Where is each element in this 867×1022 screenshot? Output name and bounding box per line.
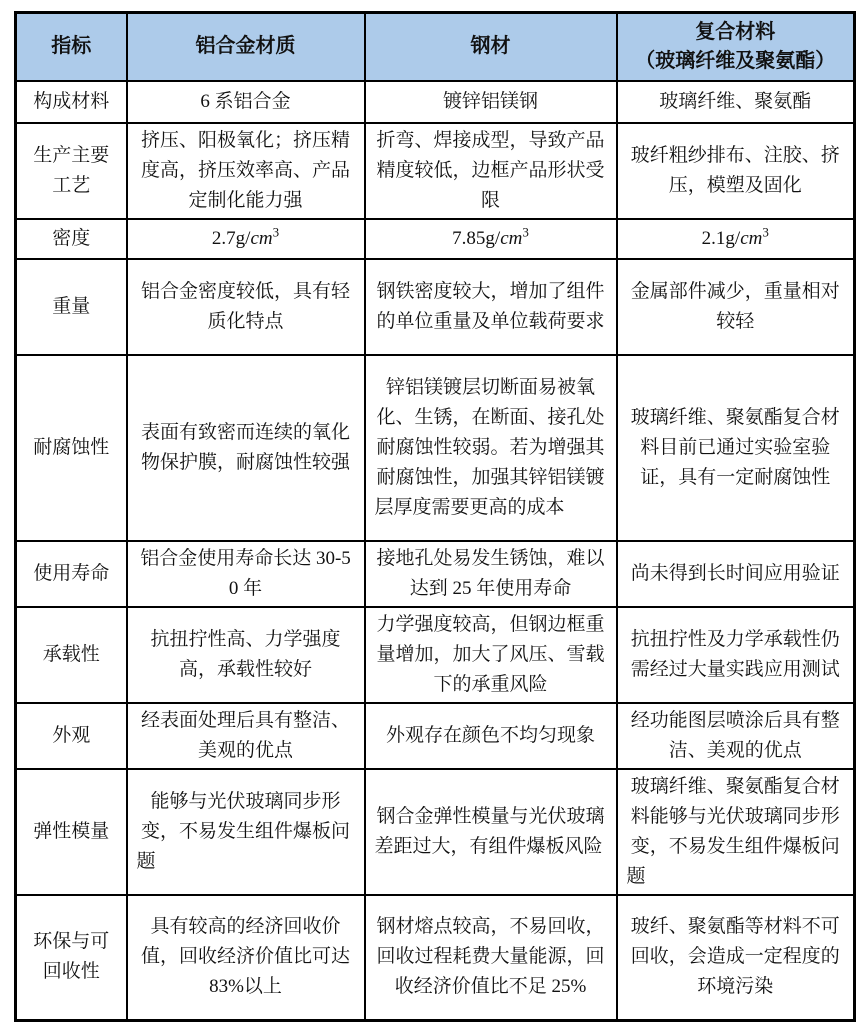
row-production-process: 生产主要工艺 挤压、阳极氧化；挤压精度高，挤压效率高、产品定制化能力强 折弯、焊… bbox=[16, 123, 855, 219]
cell-weight-composite: 金属部件减少，重量相对较轻 bbox=[617, 259, 855, 355]
cell-corrosion-steel: 锌铝镁镀层切断面易被氧化、生锈，在断面、接孔处耐腐蚀性较弱。若为增强其耐腐蚀性，… bbox=[365, 355, 617, 541]
row-corrosion-resistance: 耐腐蚀性 表面有致密而连续的氧化物保护膜，耐腐蚀性较强 锌铝镁镀层切断面易被氧化… bbox=[16, 355, 855, 541]
row-composition: 构成材料 6 系铝合金 镀锌铝镁钢 玻璃纤维、聚氨酯 bbox=[16, 81, 855, 123]
row-label: 环保与可回收性 bbox=[16, 895, 127, 1021]
cell-process-steel: 折弯、焊接成型，导致产品精度较低，边框产品形状受限 bbox=[365, 123, 617, 219]
row-service-life: 使用寿命 铝合金使用寿命长达 30-50 年 接地孔处易发生锈蚀，难以达到 25… bbox=[16, 541, 855, 607]
cell-weight-steel: 钢铁密度较大，增加了组件的单位重量及单位载荷要求 bbox=[365, 259, 617, 355]
cell-life-steel: 接地孔处易发生锈蚀，难以达到 25 年使用寿命 bbox=[365, 541, 617, 607]
row-label: 承载性 bbox=[16, 607, 127, 703]
header-cell-indicator: 指标 bbox=[16, 13, 127, 81]
page: 指标 铝合金材质 钢材 复合材料 （玻璃纤维及聚氨酯） 构成材料 6 系铝合金 … bbox=[0, 0, 867, 1022]
cell-density-steel: 7.85g/cm3 bbox=[365, 219, 617, 259]
header-cell-steel: 钢材 bbox=[365, 13, 617, 81]
row-load-bearing: 承载性 抗扭拧性高、力学强度高，承载性较好 力学强度较高，但钢边框重量增加，加大… bbox=[16, 607, 855, 703]
cell-load-aluminum: 抗扭拧性高、力学强度高，承载性较好 bbox=[127, 607, 365, 703]
cell-elastic-aluminum: 能够与光伏玻璃同步形变，不易发生组件爆板问题 bbox=[127, 769, 365, 895]
row-weight: 重量 铝合金密度较低，具有轻质化特点 钢铁密度较大，增加了组件的单位重量及单位载… bbox=[16, 259, 855, 355]
cell-process-aluminum: 挤压、阳极氧化；挤压精度高，挤压效率高、产品定制化能力强 bbox=[127, 123, 365, 219]
cell-life-composite: 尚未得到长时间应用验证 bbox=[617, 541, 855, 607]
row-label: 生产主要工艺 bbox=[16, 123, 127, 219]
cell-weight-aluminum: 铝合金密度较低，具有轻质化特点 bbox=[127, 259, 365, 355]
cell-load-composite: 抗扭拧性及力学承载性仍需经过大量实践应用测试 bbox=[617, 607, 855, 703]
header-cell-aluminum: 铝合金材质 bbox=[127, 13, 365, 81]
row-elastic-modulus: 弹性模量 能够与光伏玻璃同步形变，不易发生组件爆板问题 钢合金弹性模量与光伏玻璃… bbox=[16, 769, 855, 895]
row-label: 使用寿命 bbox=[16, 541, 127, 607]
cell-life-aluminum: 铝合金使用寿命长达 30-50 年 bbox=[127, 541, 365, 607]
row-label: 弹性模量 bbox=[16, 769, 127, 895]
density-unit: cm bbox=[500, 228, 522, 249]
cell-appearance-composite: 经功能图层喷涂后具有整洁、美观的优点 bbox=[617, 703, 855, 769]
density-unit: cm bbox=[740, 228, 762, 249]
row-density: 密度 2.7g/cm3 7.85g/cm3 2.1g/cm3 bbox=[16, 219, 855, 259]
cell-composition-steel: 镀锌铝镁钢 bbox=[365, 81, 617, 123]
cell-composition-composite: 玻璃纤维、聚氨酯 bbox=[617, 81, 855, 123]
density-unit: cm bbox=[250, 228, 272, 249]
cell-corrosion-composite: 玻璃纤维、聚氨酯复合材料目前已通过实验室验证，具有一定耐腐蚀性 bbox=[617, 355, 855, 541]
cell-recycle-aluminum: 具有较高的经济回收价值，回收经济价值比可达 83%以上 bbox=[127, 895, 365, 1021]
cell-elastic-steel: 钢合金弹性模量与光伏玻璃差距过大，有组件爆板风险 bbox=[365, 769, 617, 895]
row-appearance: 外观 经表面处理后具有整洁、美观的优点 外观存在颜色不均匀现象 经功能图层喷涂后… bbox=[16, 703, 855, 769]
header-row: 指标 铝合金材质 钢材 复合材料 （玻璃纤维及聚氨酯） bbox=[16, 13, 855, 81]
cell-process-composite: 玻纤粗纱排布、注胶、挤压，模塑及固化 bbox=[617, 123, 855, 219]
cell-recycle-steel: 钢材熔点较高，不易回收，回收过程耗费大量能源，回收经济价值比不足 25% bbox=[365, 895, 617, 1021]
row-label: 密度 bbox=[16, 219, 127, 259]
cell-appearance-aluminum: 经表面处理后具有整洁、美观的优点 bbox=[127, 703, 365, 769]
material-comparison-table: 指标 铝合金材质 钢材 复合材料 （玻璃纤维及聚氨酯） 构成材料 6 系铝合金 … bbox=[14, 11, 856, 1022]
row-label: 重量 bbox=[16, 259, 127, 355]
row-label: 外观 bbox=[16, 703, 127, 769]
cell-load-steel: 力学强度较高，但钢边框重量增加，加大了风压、雪载下的承重风险 bbox=[365, 607, 617, 703]
cell-composition-aluminum: 6 系铝合金 bbox=[127, 81, 365, 123]
cell-density-aluminum: 2.7g/cm3 bbox=[127, 219, 365, 259]
row-label: 耐腐蚀性 bbox=[16, 355, 127, 541]
cell-appearance-steel: 外观存在颜色不均匀现象 bbox=[365, 703, 617, 769]
cell-recycle-composite: 玻纤、聚氨酯等材料不可回收，会造成一定程度的环境污染 bbox=[617, 895, 855, 1021]
cell-density-composite: 2.1g/cm3 bbox=[617, 219, 855, 259]
row-label: 构成材料 bbox=[16, 81, 127, 123]
row-recyclability: 环保与可回收性 具有较高的经济回收价值，回收经济价值比可达 83%以上 钢材熔点… bbox=[16, 895, 855, 1021]
header-cell-composite: 复合材料 （玻璃纤维及聚氨酯） bbox=[617, 13, 855, 81]
cell-elastic-composite: 玻璃纤维、聚氨酯复合材料能够与光伏玻璃同步形变，不易发生组件爆板问题 bbox=[617, 769, 855, 895]
cell-corrosion-aluminum: 表面有致密而连续的氧化物保护膜，耐腐蚀性较强 bbox=[127, 355, 365, 541]
